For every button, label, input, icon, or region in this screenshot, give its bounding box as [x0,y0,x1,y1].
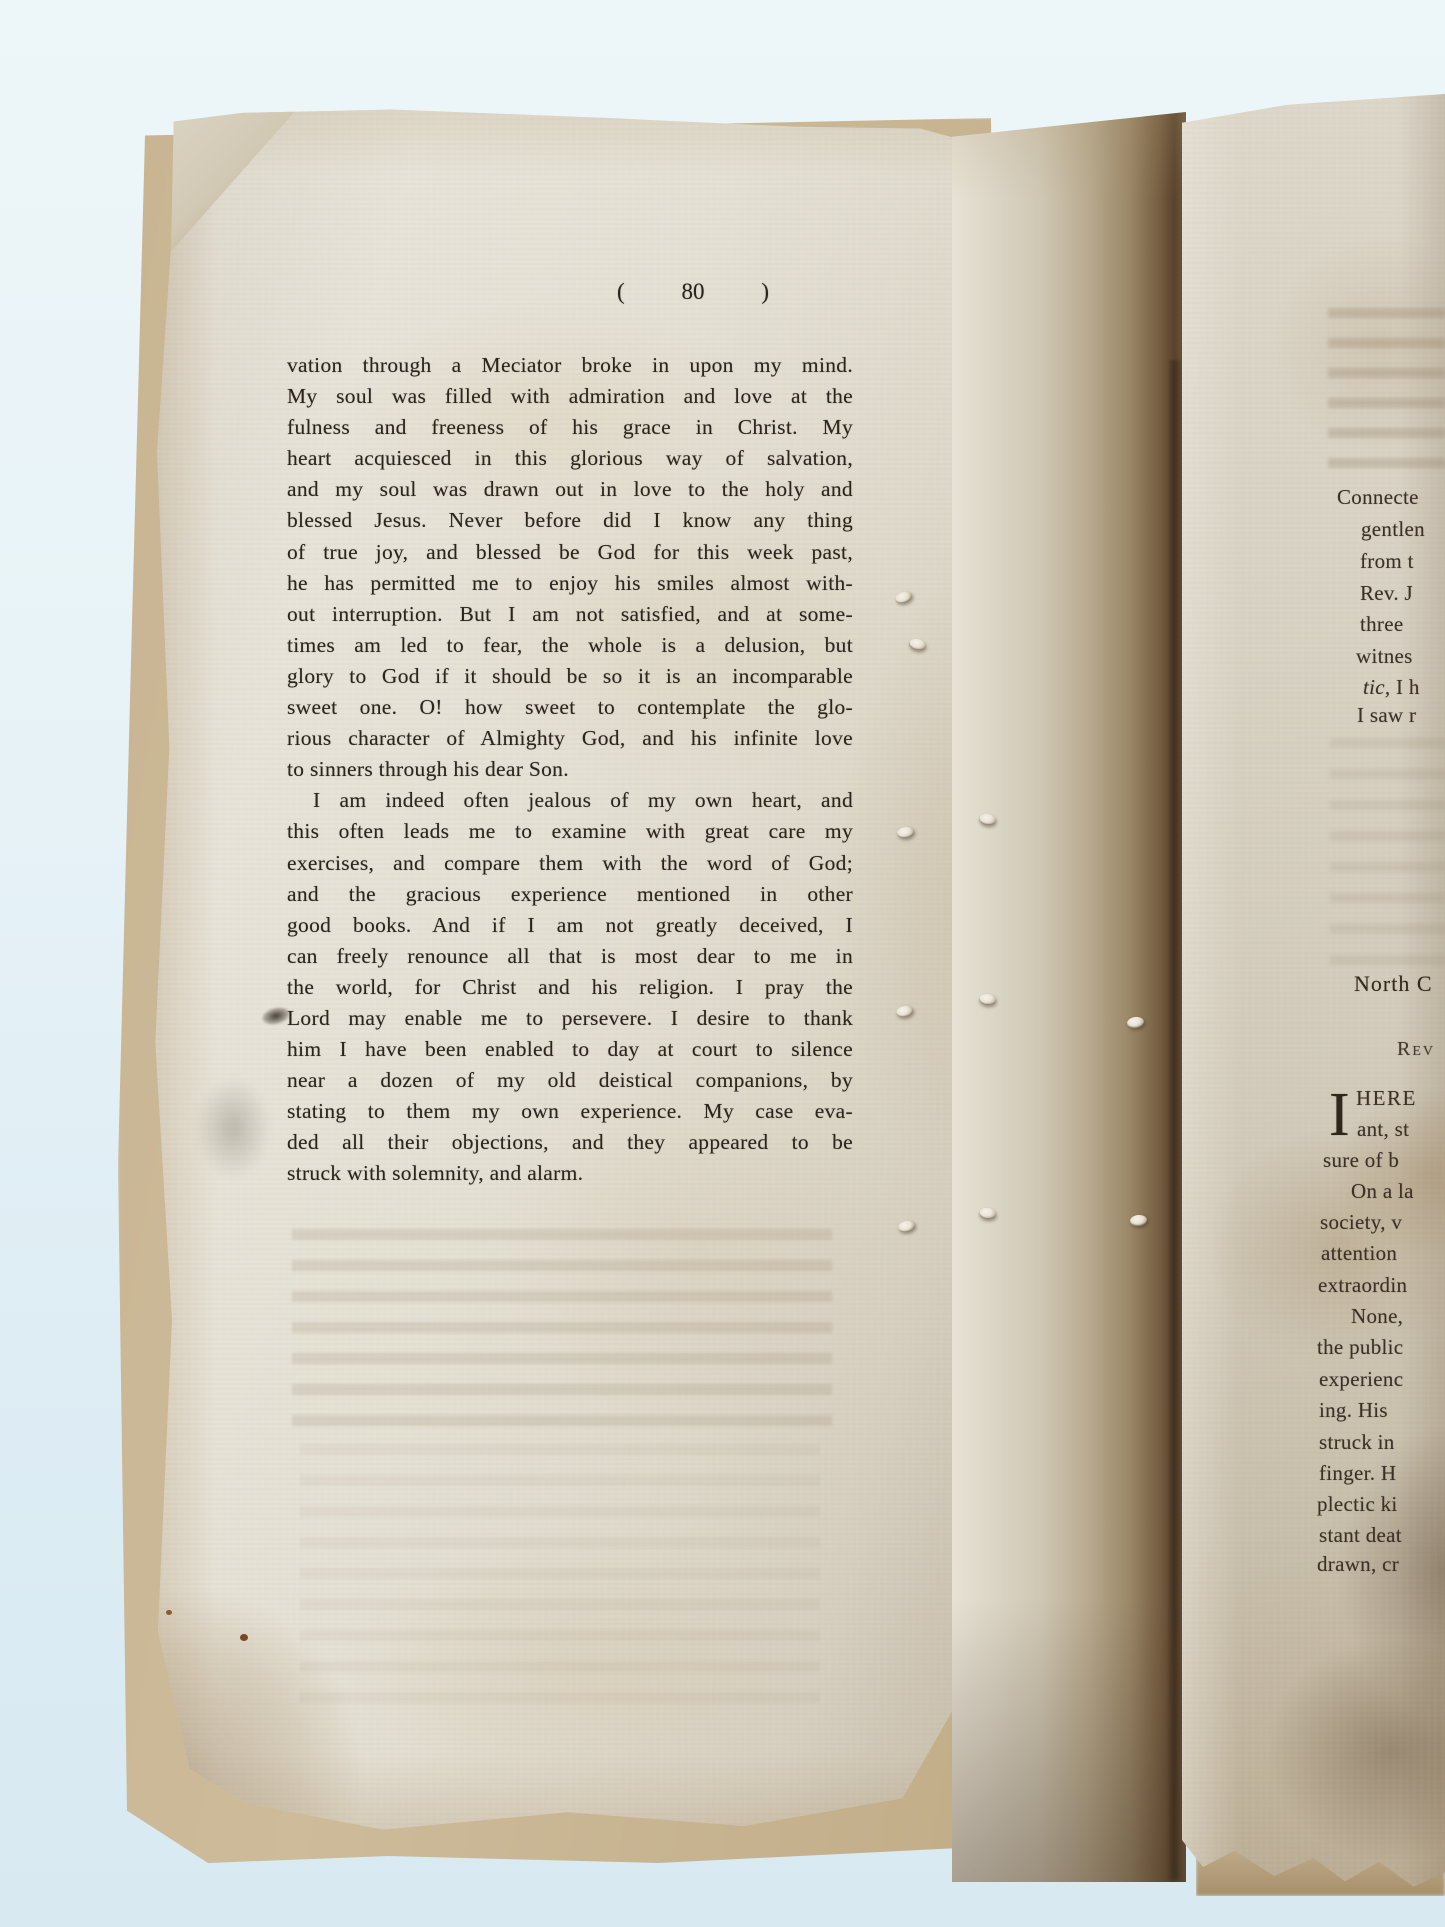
text-line: he has permitted me to enjoy his smiles … [287,568,853,599]
text-line: rious character of Almighty God, and his… [287,723,853,754]
text-line: exercises, and compare them with the wor… [287,848,853,879]
left-page-text-block: vation through a Meciator broke in upon … [287,350,853,1190]
text-line: him I have been enabled to day at court … [287,1034,853,1065]
ghost-text-bleedthrough [300,1438,820,1703]
text-line: this often leads me to examine with grea… [287,816,853,847]
text-line: near a dozen of my old deistical compani… [287,1065,853,1096]
text-line: sweet one. O! how sweet to contemplate t… [287,692,853,723]
ghost-text-bleedthrough [1330,735,1445,965]
gray-stain [196,1078,270,1178]
text-line: and my soul was drawn out in love to the… [287,474,853,505]
text-line: to sinners through his dear Son. [287,754,853,785]
page-number-open-paren: ( [617,279,625,305]
text-line: heart acquiesced in this glorious way of… [287,443,853,474]
text-line: struck with solemnity, and alarm. [287,1158,853,1189]
text-line: out interruption. But I am not satisfied… [287,599,853,630]
text-line: Lord may enable me to persevere. I desir… [287,1003,853,1034]
page-number-value: 80 [682,279,705,305]
text-line: I am indeed often jealous of my own hear… [287,785,853,816]
text-line: good books. And if I am not greatly dece… [287,910,853,941]
text-line: the world, for Christ and his religion. … [287,972,853,1003]
text-line: of true joy, and blessed be God for this… [287,537,853,568]
text-line: fulness and freeness of his grace in Chr… [287,412,853,443]
text-line: can freely renounce all that is most dea… [287,941,853,972]
gutter-crease [1168,360,1182,1880]
text-line: stating to them my own experience. My ca… [287,1096,853,1127]
rust-speck [240,1634,248,1641]
ghost-text-bleedthrough [292,1228,832,1426]
photo-background: ( 80 ) vation through a Meciator broke i… [0,0,1445,1927]
text-line: blessed Jesus. Never before did I know a… [287,505,853,536]
text-line: glory to God if it should be so it is an… [287,661,853,692]
rust-speck [166,1610,172,1615]
page-number-close-paren: ) [761,279,769,305]
text-line: vation through a Meciator broke in upon … [287,350,853,381]
page-number: ( 80 ) [617,279,769,305]
text-line: ded all their objections, and they appea… [287,1127,853,1158]
text-line: My soul was filled with admiration and l… [287,381,853,412]
text-line: times am led to fear, the whole is a del… [287,630,853,661]
ghost-text-bleedthrough [1328,296,1445,468]
left-page: ( 80 ) vation through a Meciator broke i… [128,106,1008,1840]
text-line: and the gracious experience mentioned in… [287,879,853,910]
